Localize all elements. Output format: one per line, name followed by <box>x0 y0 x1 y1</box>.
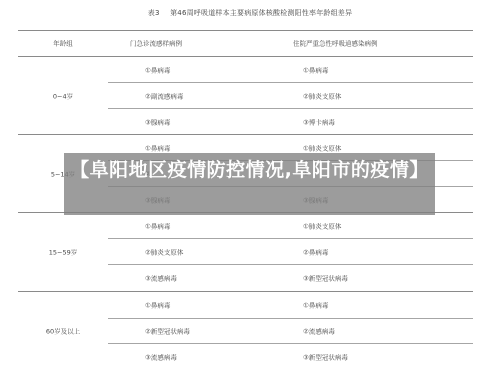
table-cell: ①鼻病毒 <box>145 144 170 153</box>
table-cell: ③新型冠状病毒 <box>303 274 348 283</box>
table-cell: ③流感病毒 <box>145 353 177 362</box>
header-bottom-rule <box>18 56 473 57</box>
group-divider <box>18 134 473 135</box>
row-divider <box>108 108 473 109</box>
table-cell: ①鼻病毒 <box>145 222 170 231</box>
table-cell: ②副流感病毒 <box>145 92 183 101</box>
table-cell: ②肺炎支原体 <box>145 248 183 257</box>
table-cell: ①肺炎支原体 <box>303 222 341 231</box>
age-group-0: 0~4岁 <box>18 92 108 101</box>
row-divider <box>108 238 473 239</box>
table-top-rule <box>18 30 473 31</box>
table-cell: ③博卡病毒 <box>303 118 335 127</box>
table-cell: ③新型冠状病毒 <box>303 353 348 362</box>
table-cell: ①鼻病毒 <box>303 301 328 310</box>
age-group-3: 60岁及以上 <box>18 327 108 336</box>
table-cell: ③流感病毒 <box>145 274 177 283</box>
table-cell: ②流感病毒 <box>303 327 335 336</box>
header-outpatient: 门急诊流感样病例 <box>130 39 182 48</box>
age-group-2: 15~59岁 <box>18 248 108 257</box>
row-divider <box>108 82 473 83</box>
table-number: 表3 <box>148 9 160 17</box>
row-divider <box>108 343 473 344</box>
table-cell: ①鼻病毒 <box>303 66 328 75</box>
table-cell: ②鼻病毒 <box>303 248 328 257</box>
header-inpatient: 住院严重急性呼吸道感染病例 <box>293 39 378 48</box>
table-cell: ①肺炎支原体 <box>303 144 341 153</box>
table-cell: ②新型冠状病毒 <box>145 327 190 336</box>
table-cell: ③腺病毒 <box>145 118 170 127</box>
table-title: 第46周呼吸道样本主要病原体核酸检测阳性率年龄组差异 <box>170 9 352 17</box>
table-cell: ①鼻病毒 <box>145 66 170 75</box>
row-divider <box>108 264 473 265</box>
table-cell: ②肺炎支原体 <box>303 92 341 101</box>
group-divider <box>18 291 473 292</box>
header-age-group: 年龄组 <box>18 39 108 48</box>
table-caption: 表3 第46周呼吸道样本主要病原体核酸检测阳性率年龄组差异 <box>0 8 500 18</box>
table-cell: ①鼻病毒 <box>145 301 170 310</box>
row-divider <box>108 318 473 319</box>
headline-overlay: 【阜阳地区疫情防控情况,阜阳市的疫情】 <box>64 153 435 215</box>
